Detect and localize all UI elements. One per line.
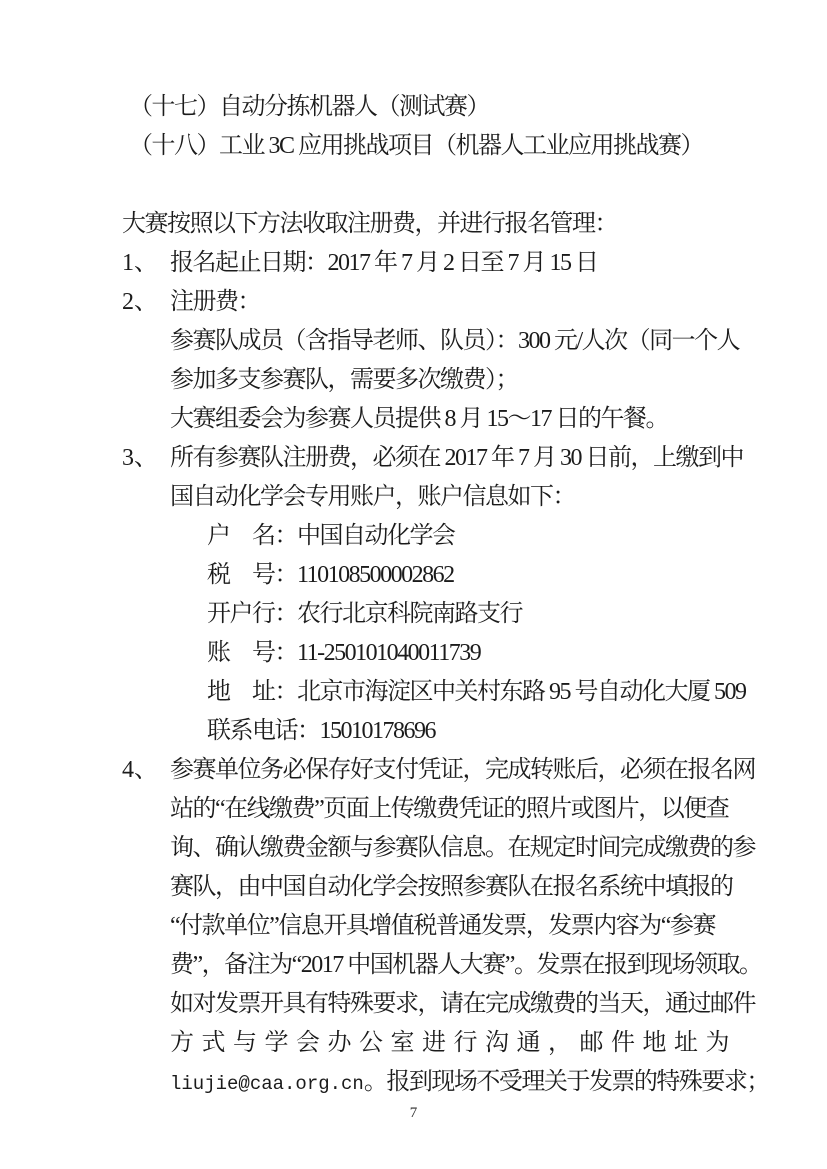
line-text: 地 址：北京市海淀区中关村东路 95 号自动化大厦 509	[207, 679, 746, 705]
document-line: 国自动化学会专用账户，账户信息如下：	[170, 478, 787, 517]
document-line: 地 址：北京市海淀区中关村东路 95 号自动化大厦 509	[207, 673, 787, 712]
line-text: 开户行：农行北京科院南路支行	[207, 601, 522, 627]
email-address: liujie@caa.org.cn	[170, 1073, 364, 1095]
list-number: 4、	[122, 751, 170, 790]
document-line: 税 号：110108500002862	[207, 556, 787, 595]
document-line: 账 号：11-250101040011739	[207, 634, 787, 673]
document-body: （十七）自动分拣机器人（测试赛）（十八）工业 3C 应用挑战项目（机器人工业应用…	[0, 0, 827, 1102]
line-text: 费”，备注为“2017 中国机器人大赛”。发票在报到现场领取。	[170, 952, 761, 978]
document-line: 3、所有参赛队注册费，必须在 2017 年 7 月 30 日前，上缴到中	[122, 439, 787, 478]
document-line: 2、注册费：	[122, 283, 787, 322]
document-line: 大赛按照以下方法收取注册费，并进行报名管理：	[122, 205, 787, 244]
line-text: 联系电话：15010178696	[207, 718, 435, 744]
document-line: （十七）自动分拣机器人（测试赛）	[129, 88, 787, 127]
list-number: 3、	[122, 439, 170, 478]
document-line: （十八）工业 3C 应用挑战项目（机器人工业应用挑战赛）	[129, 127, 787, 166]
line-text: 注册费：	[170, 289, 260, 315]
page-number: 7	[0, 1105, 827, 1122]
line-text: 国自动化学会专用账户，账户信息如下：	[170, 484, 575, 510]
line-text: 所有参赛队注册费，必须在 2017 年 7 月 30 日前，上缴到中	[170, 445, 743, 471]
line-text: 赛队，由中国自动化学会按照参赛队在报名系统中填报的	[170, 874, 733, 900]
document-line: liujie@caa.org.cn。报到现场不受理关于发票的特殊要求；	[170, 1063, 787, 1102]
document-line: 户 名：中国自动化学会	[207, 517, 787, 556]
document-line: 1、报名起止日期：2017 年 7 月 2 日至 7 月 15 日	[122, 244, 787, 283]
line-text: 报名起止日期：2017 年 7 月 2 日至 7 月 15 日	[170, 250, 598, 276]
line-text: 大赛组委会为参赛人员提供 8 月 15～17 日的午餐。	[170, 406, 668, 432]
document-line: 站的“在线缴费”页面上传缴费凭证的照片或图片，以便查	[170, 790, 787, 829]
line-text: 税 号：110108500002862	[207, 562, 454, 588]
document-line: 方式与学会办公室进行沟通，邮件地址为	[170, 1024, 787, 1063]
line-text: 参加多支参赛队，需要多次缴费）；	[170, 367, 518, 393]
line-text: 方式与学会办公室进行沟通，邮件地址为	[170, 1030, 737, 1056]
document-line: 参加多支参赛队，需要多次缴费）；	[170, 361, 787, 400]
line-text: 询、确认缴费金额与参赛队信息。在规定时间完成缴费的参	[170, 835, 755, 861]
document-line: 询、确认缴费金额与参赛队信息。在规定时间完成缴费的参	[170, 829, 787, 868]
document-line: 参赛队成员（含指导老师、队员）：300 元/人次（同一个人	[170, 322, 787, 361]
document-page: （十七）自动分拣机器人（测试赛）（十八）工业 3C 应用挑战项目（机器人工业应用…	[0, 0, 827, 1169]
document-line: 大赛组委会为参赛人员提供 8 月 15～17 日的午餐。	[170, 400, 787, 439]
line-text: （十七）自动分拣机器人（测试赛）	[129, 94, 489, 120]
document-line: 费”，备注为“2017 中国机器人大赛”。发票在报到现场领取。	[170, 946, 787, 985]
document-line: “付款单位”信息开具增值税普通发票，发票内容为“参赛	[170, 907, 787, 946]
document-line: 开户行：农行北京科院南路支行	[207, 595, 787, 634]
line-text	[122, 172, 127, 198]
line-text: 如对发票开具有特殊要求，请在完成缴费的当天，通过邮件	[170, 991, 755, 1017]
document-line: 赛队，由中国自动化学会按照参赛队在报名系统中填报的	[170, 868, 787, 907]
line-segment: 。报到现场不受理关于发票的特殊要求；	[364, 1069, 769, 1095]
document-line: 如对发票开具有特殊要求，请在完成缴费的当天，通过邮件	[170, 985, 787, 1024]
line-text: 参赛单位务必保存好支付凭证，完成转账后，必须在报名网	[170, 757, 755, 783]
line-text: （十八）工业 3C 应用挑战项目（机器人工业应用挑战赛）	[129, 133, 703, 159]
line-text: 账 号：11-250101040011739	[207, 640, 480, 666]
line-text: 户 名：中国自动化学会	[207, 523, 455, 549]
document-line: 联系电话：15010178696	[207, 712, 787, 751]
list-number: 1、	[122, 244, 170, 283]
document-line: 4、参赛单位务必保存好支付凭证，完成转账后，必须在报名网	[122, 751, 787, 790]
line-text: 参赛队成员（含指导老师、队员）：300 元/人次（同一个人	[170, 328, 739, 354]
list-number: 2、	[122, 283, 170, 322]
line-text: 大赛按照以下方法收取注册费，并进行报名管理：	[122, 211, 617, 237]
document-line	[122, 166, 787, 205]
line-text: “付款单位”信息开具增值税普通发票，发票内容为“参赛	[170, 913, 715, 939]
line-text: 站的“在线缴费”页面上传缴费凭证的照片或图片，以便查	[170, 796, 728, 822]
